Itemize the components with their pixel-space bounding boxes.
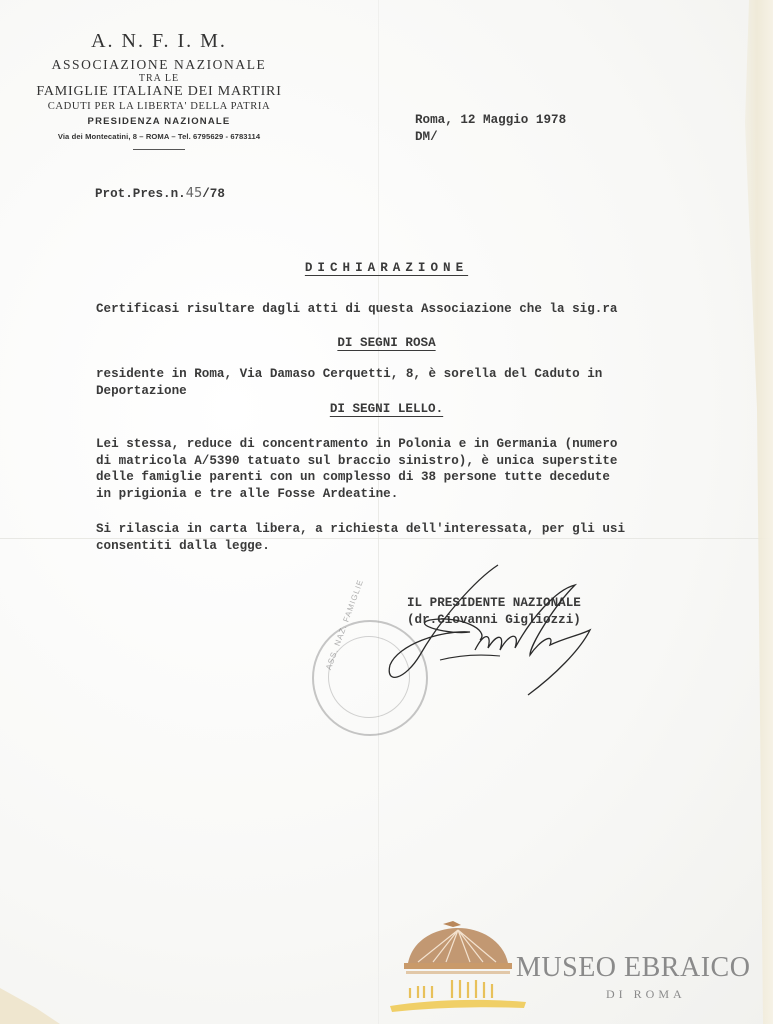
protocol-number: Prot.Pres.n.45/78 [95, 186, 225, 201]
residence-line: residente in Roma, Via Damaso Cerquetti,… [96, 366, 696, 383]
body-line: in prigionia e tre alle Fosse Ardeatine. [96, 486, 696, 503]
letterhead-line-5: PRESIDENZA NAZIONALE [18, 116, 300, 127]
body-paragraph: Lei stessa, reduce di concentramento in … [96, 436, 696, 502]
dateline: Roma, 12 Maggio 1978 DM/ [415, 112, 566, 146]
body-line: delle famiglie parenti con un complesso … [96, 469, 696, 486]
place-date: Roma, 12 Maggio 1978 [415, 112, 566, 129]
synagogue-dome-icon [388, 918, 528, 1013]
letterhead-divider [133, 149, 185, 150]
residence-paragraph: residente in Roma, Via Damaso Cerquetti,… [96, 366, 696, 399]
handwritten-signature [380, 560, 610, 700]
letterhead-address: Via dei Montecatini, 8 – ROMA – Tel. 679… [18, 132, 300, 141]
protocol-year: /78 [202, 187, 225, 201]
letterhead-line-4: CADUTI PER LA LIBERTA' DELLA PATRIA [18, 101, 300, 112]
paper-fold-vertical [378, 0, 379, 1024]
letterhead-line-1: ASSOCIAZIONE NAZIONALE [18, 57, 300, 73]
body-line: Lei stessa, reduce di concentramento in … [96, 436, 696, 453]
museum-subtitle: DI ROMA [606, 987, 686, 1002]
letterhead-line-2: TRA LE [18, 73, 300, 84]
body-line: di matricola A/5390 tatuato sul braccio … [96, 453, 696, 470]
document-paper [0, 0, 773, 1024]
closing-line: consentiti dalla legge. [96, 538, 696, 555]
museum-watermark: MUSEO EBRAICO DI ROMA [388, 918, 768, 1018]
fallen-name: DI SEGNI LELLO. [0, 402, 773, 416]
reference-initials: DM/ [415, 129, 566, 146]
letterhead-abbreviation: A. N. F. I. M. [18, 30, 300, 53]
closing-paragraph: Si rilascia in carta libera, a richiesta… [96, 521, 696, 554]
letterhead-line-3: FAMIGLIE ITALIANE DEI MARTIRI [18, 84, 300, 100]
intro-paragraph: Certificasi risultare dagli atti di ques… [96, 301, 696, 318]
subject-name: DI SEGNI ROSA [0, 336, 773, 350]
closing-line: Si rilascia in carta libera, a richiesta… [96, 521, 696, 538]
museum-name: MUSEO EBRAICO [516, 952, 750, 984]
letterhead: A. N. F. I. M. ASSOCIAZIONE NAZIONALE TR… [18, 30, 300, 150]
protocol-handwritten-number: 45 [186, 186, 203, 201]
residence-line: Deportazione [96, 383, 696, 400]
document-title: DICHIARAZIONE [0, 261, 773, 275]
protocol-prefix: Prot.Pres.n. [95, 187, 186, 201]
